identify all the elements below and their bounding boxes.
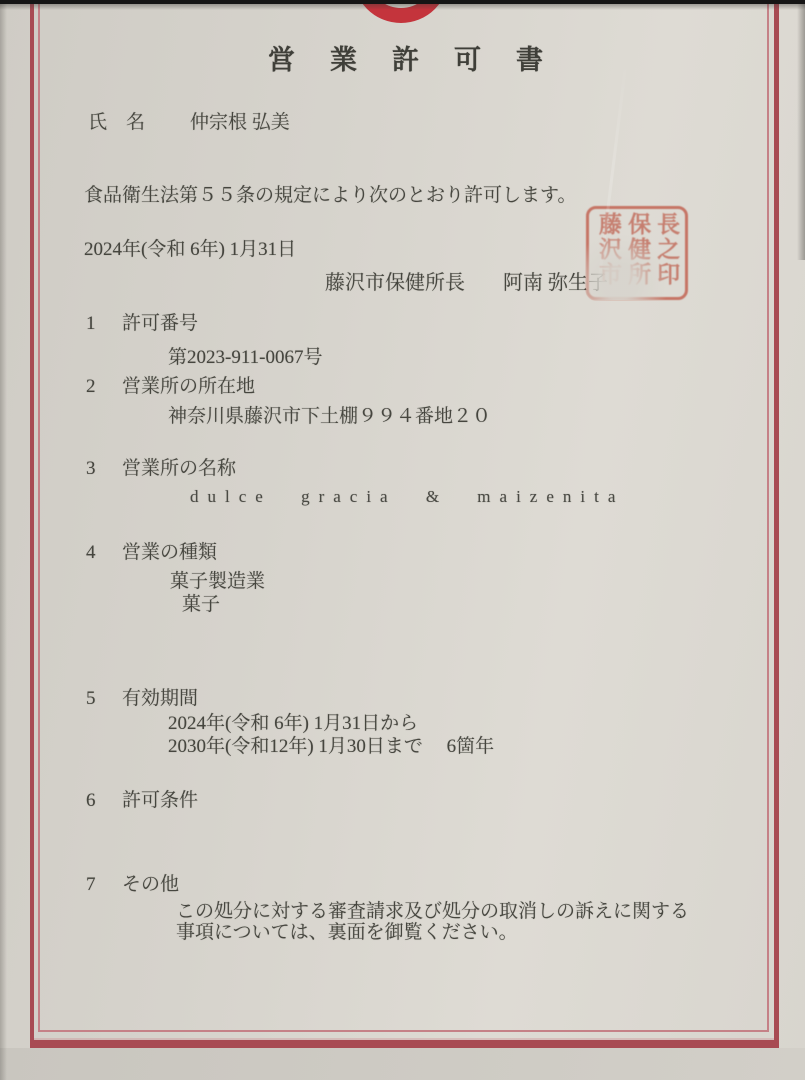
certificate-title: 営 業 許 可 書 — [268, 44, 547, 76]
section-5-number: 5 — [86, 688, 96, 711]
certificate-photo: 営 業 許 可 書 氏 名 仲宗根 弘美 食品衛生法第５５条の規定により次のとお… — [0, 0, 805, 1080]
section-4-number: 4 — [86, 542, 96, 565]
section-7-number: 7 — [86, 874, 96, 897]
other-notes-line-1: この処分に対する審査請求及び処分の取消しの訴えに関する — [176, 901, 689, 924]
name-value: 仲宗根 弘美 — [190, 112, 290, 135]
paper-below-frame — [0, 1048, 805, 1080]
business-type-value: 菓子製造業 — [170, 571, 265, 594]
issue-date: 2024年(令和 6年) 1月31日 — [84, 239, 296, 262]
other-notes-line-2: 事項については、裏面を御覧ください。 — [176, 922, 518, 945]
photo-right-edge-shadow — [797, 0, 805, 260]
validity-start-value: 2024年(令和 6年) 1月31日から — [168, 713, 418, 736]
business-type-sub-value: 菓子 — [182, 594, 220, 617]
permit-number-value: 第2023-911-0067号 — [168, 347, 322, 370]
section-5-heading: 有効期間 — [122, 688, 198, 711]
business-address-value: 神奈川県藤沢市下土棚９９４番地２０ — [168, 406, 491, 429]
section-6-heading: 許可条件 — [122, 790, 198, 813]
photo-left-edge-shadow — [0, 0, 7, 1080]
section-2-heading: 営業所の所在地 — [122, 376, 255, 399]
section-3-number: 3 — [86, 458, 96, 481]
validity-end-value: 2030年(令和12年) 1月30日まで 6箇年 — [168, 736, 494, 759]
section-3-heading: 営業所の名称 — [122, 458, 236, 481]
section-7-heading: その他 — [122, 874, 179, 897]
section-1-number: 1 — [86, 313, 96, 336]
permit-statement: 食品衛生法第５５条の規定により次のとおり許可します。 — [84, 185, 576, 208]
business-name-value: dulce gracia & maizenita — [190, 487, 624, 507]
issuer-title: 藤沢市保健所長 — [325, 271, 465, 295]
photo-top-edge-fade — [0, 4, 805, 10]
name-label: 氏 名 — [88, 112, 145, 135]
section-4-heading: 営業の種類 — [122, 542, 217, 565]
section-2-number: 2 — [86, 376, 96, 399]
section-1-heading: 許可番号 — [122, 313, 198, 336]
section-6-number: 6 — [86, 790, 96, 813]
